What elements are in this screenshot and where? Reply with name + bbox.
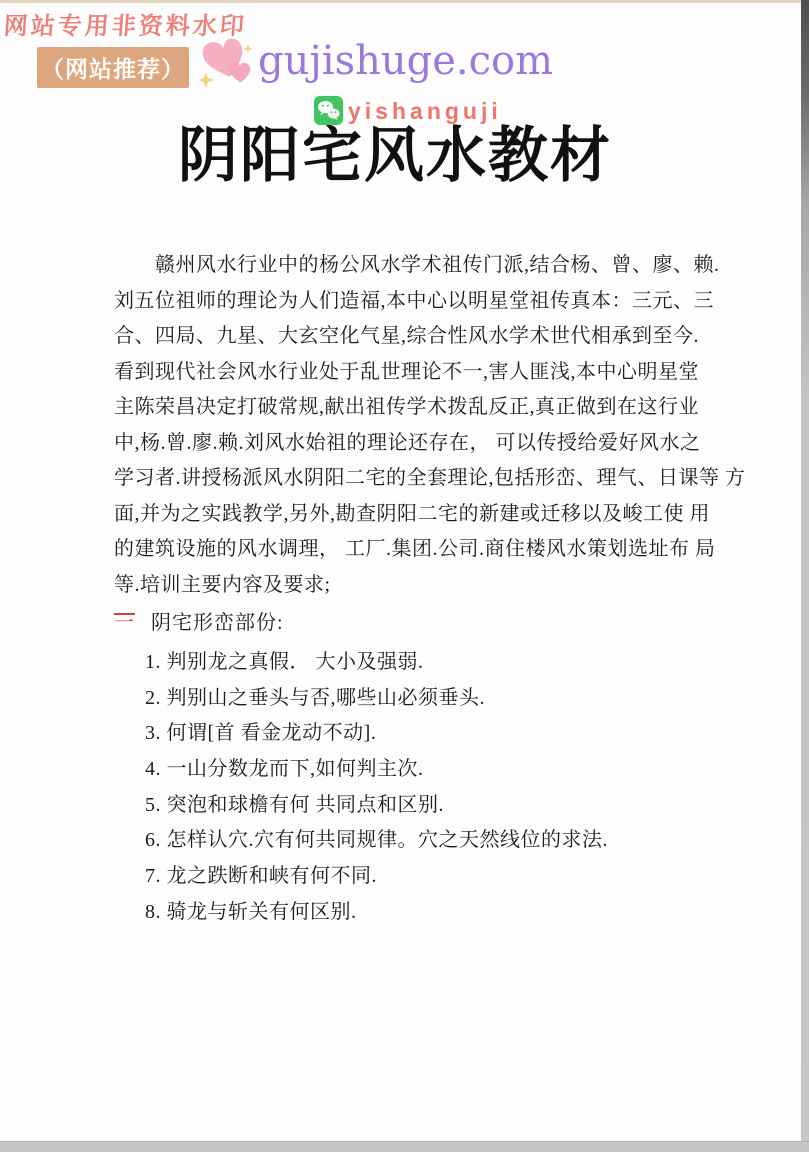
paragraph-line: 合、四局、九星、大玄空化气星,综合性风水学术世代相承到至今. xyxy=(114,319,706,355)
wechat-icon xyxy=(314,96,343,125)
paragraph-line: 的建筑设施的风水调理， 工厂.集团.公司.商住楼风水策划选址布 局 xyxy=(114,532,706,568)
list-item: 1. 判别龙之真假． 大小及强弱. xyxy=(145,645,705,681)
page-bottom-edge xyxy=(0,1141,809,1152)
paragraph-line: 刘五位祖师的理论为人们造福,本中心以明星堂祖传真本：三元、三 xyxy=(114,284,706,320)
intro-paragraph: 赣州风水行业中的杨公风水学术祖传门派,结合杨、曾、廖、赖. 刘五位祖师的理论为人… xyxy=(114,248,706,603)
section-heading: 一 阴宅形峦部份: xyxy=(114,606,706,635)
page-right-edge xyxy=(801,0,809,1142)
paragraph-line: 赣州风水行业中的杨公风水学术祖传门派,结合杨、曾、廖、赖. xyxy=(114,248,706,284)
scanned-document-page: 网站专用非资料水印 （网站推荐） gujishuge.com 阴阳宅风水教材 y… xyxy=(0,0,809,1152)
paragraph-line: 面,并为之实践教学,另外,勘查阴阳二宅的新建或迁移以及峻工使 用 xyxy=(114,497,706,533)
list-item: 8. 骑龙与斩关有何区别. xyxy=(145,895,705,931)
paragraph-line: 学习者.讲授杨派风水阴阳二宅的全套理论,包括形峦、理气、日课等 方 xyxy=(114,461,706,497)
paragraph-line: 主陈荣昌决定打破常规,献出祖传学术拨乱反正,真正做到在这行业 xyxy=(114,390,706,426)
site-recommend-badge: （网站推荐） xyxy=(37,47,189,88)
page-top-edge xyxy=(0,0,809,3)
list-item: 6. 怎样认穴.穴有何共同规律。穴之天然线位的求法. xyxy=(145,823,705,859)
badge-label: （网站推荐） xyxy=(41,51,185,84)
list-item: 5. 突泡和球檐有何 共同点和区别. xyxy=(145,788,705,824)
paragraph-line: 看到现代社会风水行业处于乱世理论不一,害人匪浅,本中心明星堂 xyxy=(114,355,706,391)
paragraph-line: 中,杨.曾.廖.赖.刘风水始祖的理论还存在， 可以传授给爱好风水之 xyxy=(114,426,706,462)
list-item: 2. 判别山之垂头与否,哪些山必须垂头. xyxy=(145,681,705,717)
section-heading-text: 阴宅形峦部份: xyxy=(151,612,284,634)
list-item: 3. 何谓[首 看金龙动不动]. xyxy=(145,716,705,752)
list-item: 7. 龙之跌断和峡有何不同. xyxy=(145,859,705,895)
list-item: 4. 一山分数龙而下,如何判主次. xyxy=(145,752,705,788)
hearts-sparkle-icon xyxy=(196,34,260,94)
section-marker: 一 xyxy=(114,613,135,631)
site-url: gujishuge.com xyxy=(258,38,553,84)
wechat-handle-text: yishanguji xyxy=(348,98,502,125)
paragraph-line: 等.培训主要内容及要求; xyxy=(114,568,706,604)
wechat-handle-row: yishanguji xyxy=(314,96,502,126)
numbered-list: 1. 判别龙之真假． 大小及强弱. 2. 判别山之垂头与否,哪些山必须垂头. 3… xyxy=(145,645,705,931)
